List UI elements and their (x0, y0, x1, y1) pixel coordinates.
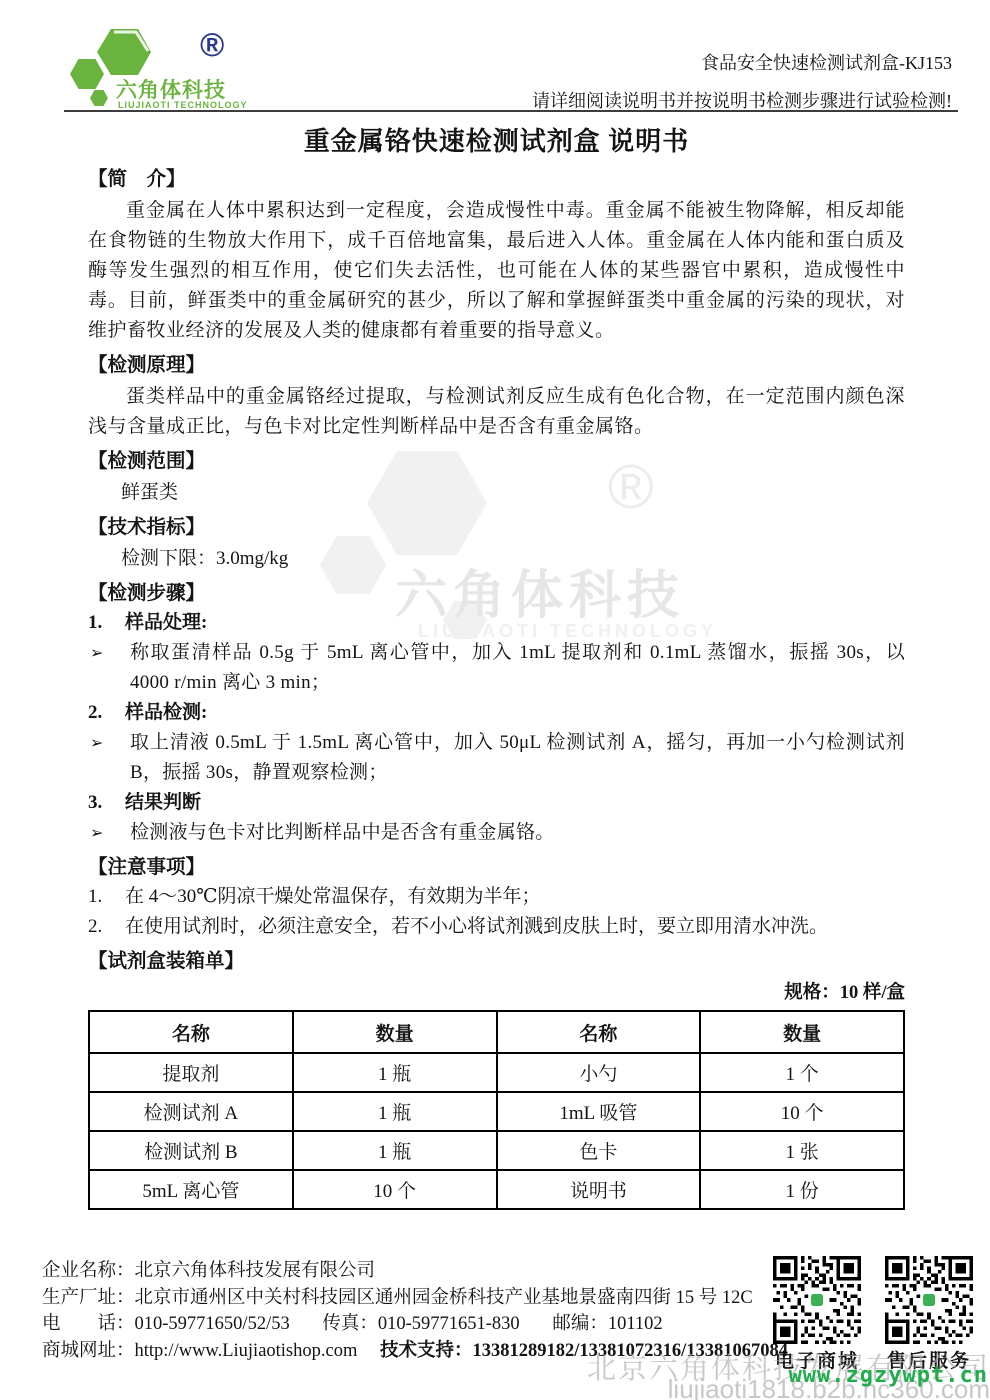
shop-label: 商城网址： (42, 1341, 135, 1361)
company-name: 北京六角体科技发展有限公司 (135, 1261, 376, 1281)
phone-label: 电 话： (42, 1314, 135, 1334)
step-number: 1. (88, 608, 125, 638)
qr-ecommerce: 电子商城 (768, 1256, 866, 1373)
column-header: 数量 (293, 1011, 497, 1053)
table-cell: 1 瓶 (293, 1092, 497, 1131)
step-title: 1.样品处理: (88, 608, 905, 638)
table-cell: 10 个 (700, 1092, 904, 1131)
table-cell: 提取剂 (89, 1053, 293, 1092)
registered-trademark-icon: ® (200, 26, 224, 64)
qr-ecommerce-label: 电子商城 (768, 1346, 866, 1373)
zip-value: 101102 (608, 1314, 663, 1334)
section-heading-notes: 【注意事项】 (88, 854, 905, 882)
shop-line: 商城网址：http://www.Liujiaotishop.com 技术支持：1… (42, 1338, 782, 1365)
step-title-text: 样品检测: (125, 702, 207, 723)
section-heading-principle: 【检测原理】 (88, 352, 905, 380)
principle-paragraph: 蛋类样品中的重金属铬经过提取，与检测试剂反应生成有色化合物，在一定范围内颜色深浅… (88, 382, 905, 442)
step-bullet: ➢称取蛋清样品 0.5g 于 5mL 离心管中，加入 1mL 提取剂和 0.1m… (88, 638, 905, 698)
step-title: 2.样品检测: (88, 698, 905, 728)
column-header: 名称 (89, 1011, 293, 1053)
step-title-text: 样品处理: (125, 612, 207, 633)
step-bullet: ➢检测液与色卡对比判断样品中是否含有重金属铬。 (88, 818, 905, 848)
qr-code-after-sales-icon (885, 1256, 973, 1344)
document-body: 重金属铬快速检测试剂盒 说明书 【简 介】 重金属在人体中累积达到一定程度，会造… (88, 118, 905, 1210)
arrow-bullet-icon: ➢ (90, 728, 104, 758)
note-item: 2.在使用试剂时，必须注意安全，若不小心将试剂溅到皮肤上时，要立即用清水冲洗。 (88, 912, 905, 942)
column-header: 名称 (497, 1011, 701, 1053)
step-title: 3.结果判断 (88, 788, 905, 818)
step-bullet: ➢取上清液 0.5mL 于 1.5mL 离心管中，加入 50μL 检测试剂 A，… (88, 728, 905, 788)
document-page: ® 六角体科技 LIUJIAOTI TECHNOLOGY ® 六角体科技 LIU… (0, 0, 990, 1400)
table-cell: 1 个 (700, 1053, 904, 1092)
qr-code-ecommerce-icon (773, 1256, 861, 1344)
header-right-block: 食品安全快速检测试剂盒-KJ153 请详细阅读说明书并按说明书检测步骤进行试验检… (532, 44, 952, 120)
address-line: 生产厂址：北京市通州区中关村科技园区通州园金桥科技产业基地景盛南四街 15 号 … (42, 1285, 782, 1312)
header-divider (64, 110, 958, 112)
table-row: 检测试剂 A 1 瓶 1mL 吸管 10 个 (89, 1092, 904, 1131)
footer-contact-block: 企业名称：北京六角体科技发展有限公司 生产厂址：北京市通州区中关村科技园区通州园… (42, 1258, 782, 1364)
table-cell: 1 张 (700, 1131, 904, 1170)
shop-url: http://www.Liujiaotishop.com (135, 1341, 358, 1361)
fax-label: 传真： (322, 1314, 378, 1334)
phone-value: 010-59771650/52/53 (135, 1314, 290, 1334)
note-item: 1.在 4～30℃阴凉干燥处常温保存，有效期为半年； (88, 882, 905, 912)
company-label: 企业名称： (42, 1261, 135, 1281)
note-text: 在 4～30℃阴凉干燥处常温保存，有效期为半年； (125, 886, 541, 907)
section-heading-range: 【检测范围】 (88, 448, 905, 476)
table-cell: 1mL 吸管 (497, 1092, 701, 1131)
table-row: 检测试剂 B 1 瓶 色卡 1 张 (89, 1131, 904, 1170)
phone-line: 电 话：010-59771650/52/53 传真：010-59771651-8… (42, 1311, 782, 1338)
table-cell: 1 份 (700, 1170, 904, 1209)
spec-per-box: 规格：10 样/盒 (88, 980, 905, 1006)
arrow-bullet-icon: ➢ (90, 818, 104, 848)
page-title: 重金属铬快速检测试剂盒 说明书 (88, 124, 905, 160)
brand-name-english: LIUJIAOTI TECHNOLOGY (118, 100, 248, 110)
table-cell: 5mL 离心管 (89, 1170, 293, 1209)
section-heading-intro: 【简 介】 (88, 166, 905, 194)
column-header: 数量 (700, 1011, 904, 1053)
zip-label: 邮编： (552, 1314, 608, 1334)
table-cell: 检测试剂 B (89, 1131, 293, 1170)
table-cell: 1 瓶 (293, 1131, 497, 1170)
address-label: 生产厂址： (42, 1288, 135, 1308)
note-number: 2. (88, 912, 125, 942)
support-label: 技术支持： (380, 1341, 473, 1361)
step-title-text: 结果判断 (125, 792, 201, 813)
table-cell: 10 个 (293, 1170, 497, 1209)
bottom-watermark-url-gray: liujiaoti1818.b2b.hc360.com (668, 1374, 990, 1400)
table-row: 5mL 离心管 10 个 说明书 1 份 (89, 1170, 904, 1209)
qr-code-block: 电子商城 售后服务 (768, 1256, 978, 1373)
section-heading-steps: 【检测步骤】 (88, 580, 905, 608)
note-text: 在使用试剂时，必须注意安全，若不小心将试剂溅到皮肤上时，要立即用清水冲洗。 (125, 916, 828, 937)
step-bullet-text: 检测液与色卡对比判断样品中是否含有重金属铬。 (130, 822, 555, 843)
company-line: 企业名称：北京六角体科技发展有限公司 (42, 1258, 782, 1285)
table-cell: 色卡 (497, 1131, 701, 1170)
step-bullet-text: 取上清液 0.5mL 于 1.5mL 离心管中，加入 50μL 检测试剂 A，摇… (130, 732, 905, 783)
support-phones: 13381289182/13381072316/13381067084 (473, 1341, 789, 1361)
read-notice-line: 请详细阅读说明书并按说明书检测步骤进行试验检测! (532, 82, 952, 120)
step-bullet-text: 称取蛋清样品 0.5g 于 5mL 离心管中，加入 1mL 提取剂和 0.1mL… (130, 642, 905, 693)
section-heading-packing: 【试剂盒装箱单】 (88, 948, 905, 976)
table-header-row: 名称 数量 名称 数量 (89, 1011, 904, 1053)
table-cell: 小勺 (497, 1053, 701, 1092)
step-number: 3. (88, 788, 125, 818)
note-number: 1. (88, 882, 125, 912)
table-row: 提取剂 1 瓶 小勺 1 个 (89, 1053, 904, 1092)
arrow-bullet-icon: ➢ (90, 638, 104, 668)
step-number: 2. (88, 698, 125, 728)
table-cell: 检测试剂 A (89, 1092, 293, 1131)
table-cell: 1 瓶 (293, 1053, 497, 1092)
detection-limit-value: 检测下限：3.0mg/kg (88, 544, 905, 574)
range-value: 鲜蛋类 (88, 478, 905, 508)
product-code-line: 食品安全快速检测试剂盒-KJ153 (532, 44, 952, 82)
intro-paragraph: 重金属在人体中累积达到一定程度，会造成慢性中毒。重金属不能被生物降解，相反却能在… (88, 196, 905, 346)
qr-after-sales: 售后服务 (880, 1256, 978, 1373)
address-value: 北京市通州区中关村科技园区通州园金桥科技产业基地景盛南四街 15 号 12C (135, 1288, 753, 1308)
section-heading-tech: 【技术指标】 (88, 514, 905, 542)
qr-after-sales-label: 售后服务 (880, 1346, 978, 1373)
packing-list-table: 名称 数量 名称 数量 提取剂 1 瓶 小勺 1 个 检测试剂 A 1 瓶 1m… (88, 1010, 905, 1210)
fax-value: 010-59771651-830 (378, 1314, 520, 1334)
company-logo: ® 六角体科技 LIUJIAOTI TECHNOLOGY (66, 24, 266, 110)
table-cell: 说明书 (497, 1170, 701, 1209)
